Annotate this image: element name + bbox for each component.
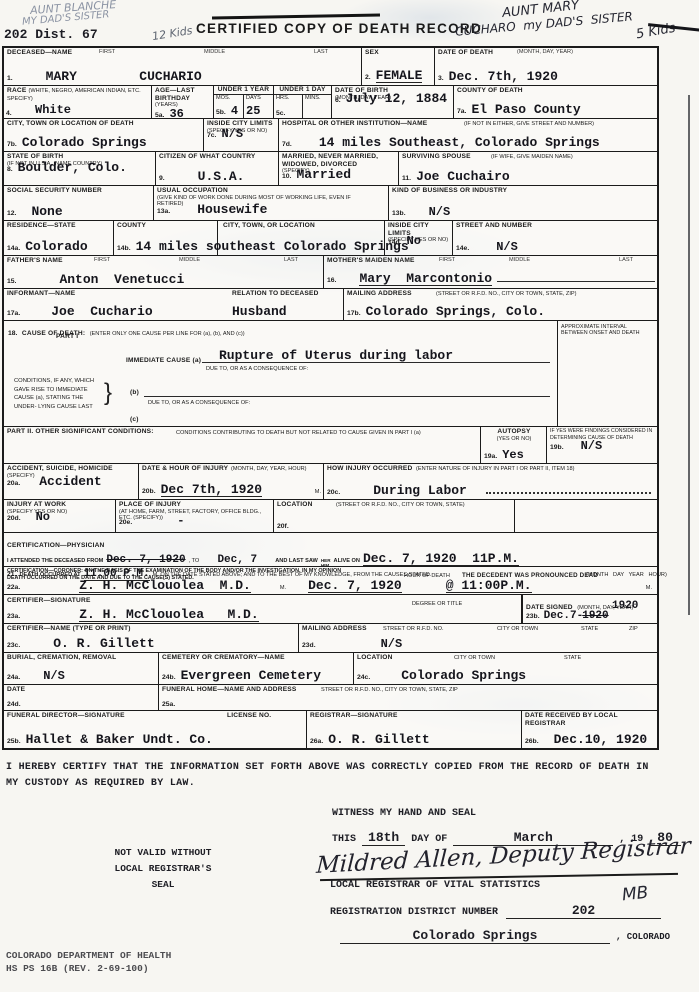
field-label: AGE—LAST BIRTHDAY bbox=[155, 87, 211, 102]
field-value: Dec 7th, 1920 bbox=[161, 483, 262, 497]
death-record-form: DECEASED—NAME FIRST MIDDLE LAST 1.MARY C… bbox=[2, 46, 659, 750]
field-injury-date: DATE & HOUR OF INJURY (MONTH, DAY, YEAR,… bbox=[139, 464, 324, 499]
field-number: 23c. bbox=[7, 642, 20, 649]
field-father-name: FATHER'S NAME FIRST MIDDLE LAST 15.Anton… bbox=[4, 256, 324, 288]
pronounced-dead-hint: (MONTH DAY YEAR HOUR) bbox=[586, 572, 667, 578]
field-funeral-director: FUNERAL DIRECTOR—SIGNATURE 25b.Hallet & … bbox=[4, 711, 214, 748]
subhead-middle: MIDDLE bbox=[204, 49, 225, 55]
date-signed-correction: 1920 bbox=[612, 601, 638, 612]
row-place-of-death: CITY, TOWN OR LOCATION OF DEATH 7b.Color… bbox=[4, 119, 657, 152]
field-value: Mary Marcontonio bbox=[359, 272, 492, 286]
alive-on-label: ALIVE ON bbox=[334, 558, 360, 564]
attended-from-value: Dec. 7, 1920 bbox=[106, 555, 185, 567]
field-certifier-name: CERTIFIER—NAME (TYPE OR PRINT) 23c.O. R.… bbox=[4, 624, 299, 652]
place-value: Colorado Springs bbox=[340, 928, 610, 944]
field-label: RELATION TO DECEASED bbox=[232, 290, 341, 298]
field-industry: KIND OF BUSINESS OR INDUSTRY 13b.N/S bbox=[389, 186, 657, 220]
field-number: 20e. bbox=[119, 519, 132, 526]
field-value: None bbox=[31, 205, 62, 218]
meridiem-label: M. bbox=[646, 585, 652, 591]
district-line: REGISTRATION DISTRICT NUMBER 202 bbox=[330, 903, 661, 919]
district-number-stamp: 202 Dist. 67 bbox=[4, 27, 98, 42]
field-other-conditions: PART II. OTHER SIGNIFICANT CONDITIONS: C… bbox=[4, 427, 481, 463]
field-under-one-year: UNDER 1 YEAR MOS. 5b.4 DAYS 25 bbox=[214, 86, 274, 118]
field-label: FATHER'S NAME bbox=[7, 257, 321, 265]
subhead-hours: HRS. bbox=[276, 95, 300, 101]
handwritten-note-12-kids: 12 Kids bbox=[151, 24, 193, 43]
field-label: SEX bbox=[365, 49, 432, 57]
field-number: 19a. bbox=[484, 453, 497, 460]
scan-edge-line bbox=[688, 95, 690, 615]
not-valid-line2: LOCAL REGISTRAR'S bbox=[78, 861, 248, 877]
certifier-signature-label: CERTIFIER—SIGNATURE bbox=[7, 597, 91, 605]
field-value: Colorado Springs bbox=[401, 669, 526, 682]
meridiem-label: M. bbox=[315, 489, 321, 495]
field-value: Evergreen Cemetery bbox=[181, 669, 321, 682]
subhead-state: STATE bbox=[564, 655, 581, 661]
field-mother-name: MOTHER'S MAIDEN NAME FIRST MIDDLE LAST 1… bbox=[324, 256, 657, 288]
this-label: THIS bbox=[332, 834, 356, 845]
field-label: STREET AND NUMBER bbox=[456, 222, 655, 230]
field-date-of-birth: DATE OF BIRTH (MONTH, DAY, YEAR) 6.July … bbox=[332, 86, 454, 118]
date-signed-value-line: 23b. Dec.7-1920 bbox=[526, 611, 609, 622]
line-b-label: (b) bbox=[130, 389, 139, 397]
field-hint: CONDITIONS CONTRIBUTING TO DEATH BUT NOT… bbox=[176, 430, 466, 436]
coroner-name-value: Z. H. McClouolea M.D. bbox=[79, 579, 251, 593]
subhead-days: DAYS bbox=[246, 95, 271, 101]
field-number: 20d. bbox=[7, 515, 21, 522]
field-number: 13b. bbox=[392, 210, 406, 217]
field-value: 14 miles Southeast, Colorado Springs bbox=[319, 136, 600, 149]
interval-column: APPROXIMATE INTERVAL BETWEEN ONSET AND D… bbox=[557, 321, 657, 426]
field-value: N/S bbox=[221, 128, 243, 140]
field-value: 25 bbox=[246, 105, 260, 117]
field-label: AUTOPSY bbox=[484, 428, 544, 436]
empty-cell bbox=[515, 500, 657, 532]
row-certifier-name: CERTIFIER—NAME (TYPE OR PRINT) 23c.O. R.… bbox=[4, 624, 657, 653]
alive-on-value: Dec. 7, 1920 11P.M. bbox=[363, 552, 519, 566]
field-value: July 12, 1884 bbox=[346, 92, 447, 105]
field-injury-at-work: INJURY AT WORK (SPECIFY YES OR NO) 20d.N… bbox=[4, 500, 116, 532]
death-certificate-page: AUNT BLANCHE MY DAD'S SISTER 202 Dist. 6… bbox=[0, 0, 699, 992]
subhead-state: STATE bbox=[581, 626, 598, 632]
field-number: 5c. bbox=[276, 110, 285, 117]
page-title: CERTIFIED COPY OF DEATH RECORD bbox=[196, 21, 482, 36]
field-number: 20a. bbox=[7, 480, 20, 487]
place-line: Colorado Springs , COLORADO bbox=[340, 928, 670, 944]
pronounced-date-value: Dec. 7, 1920 bbox=[308, 579, 402, 593]
field-number: 24b. bbox=[162, 674, 176, 681]
certify-statement-line2: MY CUSTODY AS REQUIRED BY LAW. bbox=[6, 778, 195, 789]
field-value: - bbox=[177, 515, 184, 527]
divider bbox=[521, 595, 523, 623]
field-burial-type: BURIAL, CREMATION, REMOVAL 24a.N/S bbox=[4, 653, 159, 684]
field-number: 20f. bbox=[277, 523, 289, 530]
department-label: COLORADO DEPARTMENT OF HEALTH bbox=[6, 950, 171, 961]
field-value: Boulder, Colo. bbox=[18, 161, 127, 174]
field-sex: SEX 2.FEMALE bbox=[362, 48, 435, 85]
field-value: MARY CUCHARIO bbox=[46, 70, 202, 83]
certifier-signature-value: Z. H. McClouolea M.D. bbox=[79, 608, 258, 622]
field-number: 23d. bbox=[302, 642, 316, 649]
field-label: INJURY AT WORK bbox=[7, 501, 113, 509]
field-number: 14e. bbox=[456, 245, 469, 252]
field-label: BURIAL, CREMATION, REMOVAL bbox=[7, 654, 156, 662]
field-value: N/S bbox=[43, 670, 65, 682]
field-race: RACE (WHITE, NEGRO, AMERICAN INDIAN, ETC… bbox=[4, 86, 152, 118]
field-value: Housewife bbox=[197, 203, 267, 216]
field-hint: STREET OR R.F.D. NO. bbox=[383, 626, 444, 632]
field-hint: (STREET OR R.F.D. NO., CITY OR TOWN, STA… bbox=[336, 502, 465, 508]
subhead-last: LAST bbox=[284, 257, 298, 263]
row-ssn-occupation: SOCIAL SECURITY NUMBER 12.None USUAL OCC… bbox=[4, 186, 657, 221]
field-age: AGE—LAST BIRTHDAY (YEARS) 5a.36 bbox=[152, 86, 214, 118]
district-value: 202 bbox=[506, 903, 661, 919]
field-number: 4. bbox=[6, 110, 12, 117]
field-hint: (MONTH, DAY, YEAR) bbox=[517, 49, 637, 55]
interval-header: APPROXIMATE INTERVAL BETWEEN ONSET AND D… bbox=[558, 321, 657, 339]
meridiem-label: M. bbox=[280, 585, 286, 591]
dotted-fill-line bbox=[486, 492, 651, 494]
field-hint: (WHITE, NEGRO, AMERICAN INDIAN, ETC. SPE… bbox=[7, 88, 141, 102]
field-funeral-home: FUNERAL HOME—NAME AND ADDRESS STREET OR … bbox=[159, 685, 657, 710]
field-label: CITY, TOWN, OR LOCATION bbox=[223, 222, 382, 230]
subhead-minutes: MINS. bbox=[305, 95, 329, 101]
field-value: N/S bbox=[429, 206, 451, 218]
field-number: 2. bbox=[365, 74, 371, 81]
field-value: Married bbox=[296, 168, 351, 181]
field-number: 26a. bbox=[310, 738, 323, 745]
field-label: LICENSE NO. bbox=[227, 712, 304, 720]
field-value: Colorado bbox=[25, 240, 87, 253]
field-number: 3. bbox=[438, 75, 444, 82]
not-valid-line1: NOT VALID WITHOUT bbox=[78, 845, 248, 861]
field-number: 17b. bbox=[347, 310, 361, 317]
field-number: 25b. bbox=[7, 738, 21, 745]
field-number: 19b. bbox=[550, 444, 564, 451]
row-injury-place: INJURY AT WORK (SPECIFY YES OR NO) 20d.N… bbox=[4, 500, 657, 533]
row-deceased: DECEASED—NAME FIRST MIDDLE LAST 1.MARY C… bbox=[4, 48, 657, 86]
attended-prefix: I ATTENDED THE DECEASED FROM bbox=[7, 558, 103, 564]
form-number-label: HS PS 16B (REV. 2-69-100) bbox=[6, 963, 149, 974]
handwritten-initials: MB bbox=[621, 883, 649, 906]
field-value: Dec.10, 1920 bbox=[554, 733, 648, 746]
local-registrar-label: LOCAL REGISTRAR OF VITAL STATISTICS bbox=[330, 880, 540, 891]
field-label: ACCIDENT, SUICIDE, HOMICIDE bbox=[7, 465, 136, 473]
header-rule bbox=[212, 14, 380, 20]
field-value: Joe Cuchario bbox=[51, 305, 152, 318]
field-label: CEMETERY OR CREMATORY—NAME bbox=[162, 654, 351, 662]
coroner-signature-line: 22a. Z. H. McClouolea M.D. M. Dec. 7, 19… bbox=[7, 579, 652, 593]
field-number: 7a. bbox=[457, 108, 466, 115]
field-certifier-mailing: MAILING ADDRESS STREET OR R.F.D. NO. CIT… bbox=[299, 624, 657, 652]
degree-title-label: DEGREE OR TITLE bbox=[412, 601, 462, 607]
field-number: 23b. bbox=[526, 613, 540, 620]
field-value: O. R. Gillett bbox=[328, 733, 429, 746]
field-place-of-injury: PLACE OF INJURY (AT HOME, FARM, STREET, … bbox=[116, 500, 274, 532]
part1-label: PART I bbox=[56, 333, 78, 341]
due-to-label-b: DUE TO, OR AS A CONSEQUENCE OF: bbox=[148, 400, 250, 406]
field-label: CITIZEN OF WHAT COUNTRY bbox=[159, 153, 276, 161]
field-manner-of-death: ACCIDENT, SUICIDE, HOMICIDE (SPECIFY) 20… bbox=[4, 464, 139, 499]
row-birth-citizen: STATE OF BIRTH (IF NOT IN U.S.A., NAME C… bbox=[4, 152, 657, 186]
row-funeral-director: FUNERAL DIRECTOR—SIGNATURE 25b.Hallet & … bbox=[4, 711, 657, 748]
field-label: DECEASED—NAME bbox=[7, 49, 359, 57]
field-marital-status: MARRIED, NEVER MARRIED, WIDOWED, DIVORCE… bbox=[279, 152, 399, 185]
row-informant: INFORMANT—NAME 17a.Joe Cuchario RELATION… bbox=[4, 289, 657, 321]
field-hospital: HOSPITAL OR OTHER INSTITUTION—NAME (IF N… bbox=[279, 119, 657, 151]
field-value: No bbox=[36, 511, 50, 523]
line-c-label: (c) bbox=[130, 416, 139, 424]
field-hint: STREET OR R.F.D. NO., CITY OR TOWN, STAT… bbox=[321, 687, 458, 693]
district-label: REGISTRATION DISTRICT NUMBER bbox=[330, 907, 498, 918]
field-number: 9. bbox=[159, 175, 165, 182]
field-label: COUNTY OF DEATH bbox=[457, 87, 655, 95]
field-label: UNDER 1 YEAR bbox=[214, 86, 273, 95]
field-license-no: LICENSE NO. bbox=[214, 711, 307, 748]
field-number: 17a. bbox=[7, 310, 20, 317]
fill-line-b bbox=[144, 383, 550, 397]
field-label: PLACE OF INJURY bbox=[119, 501, 271, 509]
field-label: MAILING ADDRESS bbox=[302, 625, 655, 633]
field-value: N/S bbox=[496, 241, 518, 253]
field-number: 26b. bbox=[525, 738, 539, 745]
field-label: SOCIAL SECURITY NUMBER bbox=[7, 187, 151, 195]
field-value: N/S bbox=[581, 440, 603, 452]
field-surviving-spouse: SURVIVING SPOUSE (IF WIFE, GIVE MAIDEN N… bbox=[399, 152, 657, 185]
field-burial-date: DATE 24d. bbox=[4, 685, 159, 710]
field-label: FUNERAL DIRECTOR—SIGNATURE bbox=[7, 712, 212, 720]
certifier-signature-value-line: 23a. Z. H. McClouolea M.D. bbox=[7, 608, 259, 622]
field-number: 7d. bbox=[282, 141, 292, 148]
brace-glyph: } bbox=[104, 379, 112, 407]
subhead-last: LAST bbox=[314, 49, 328, 55]
state-label: , COLORADO bbox=[616, 932, 670, 942]
day-of-label: DAY OF bbox=[411, 834, 447, 845]
row-certifier-signature: CERTIFIER—SIGNATURE DEGREE OR TITLE DATE… bbox=[4, 595, 657, 624]
field-residence-street: STREET AND NUMBER 14e.N/S bbox=[453, 221, 657, 255]
field-under-one-day: UNDER 1 DAY HRS. 5c. MINS. bbox=[274, 86, 332, 118]
field-city-of-death: CITY, TOWN OR LOCATION OF DEATH 7b.Color… bbox=[4, 119, 204, 151]
field-inside-city-limits: INSIDE CITY LIMITS (SPECIFY YES OR NO) 7… bbox=[204, 119, 279, 151]
field-value: Hallet & Baker Undt. Co. bbox=[26, 733, 213, 746]
field-deceased-name: DECEASED—NAME FIRST MIDDLE LAST 1.MARY C… bbox=[4, 48, 362, 85]
field-injury-location: LOCATION (STREET OR R.F.D. NO., CITY OR … bbox=[274, 500, 515, 532]
field-hint: (ENTER NATURE OF INJURY IN PART I OR PAR… bbox=[416, 466, 575, 472]
not-valid-line3: SEAL bbox=[78, 877, 248, 893]
field-value: U.S.A. bbox=[198, 170, 245, 183]
field-value: O. R. Gillett bbox=[53, 637, 154, 650]
field-label: UNDER 1 DAY bbox=[274, 86, 331, 95]
subhead-first: FIRST bbox=[99, 49, 115, 55]
field-date-received: DATE RECEIVED BY LOCAL REGISTRAR 26b.Dec… bbox=[522, 711, 657, 748]
field-label: DATE RECEIVED BY LOCAL REGISTRAR bbox=[525, 712, 655, 727]
field-value: Joe Cuchairo bbox=[416, 170, 510, 183]
not-valid-notice: NOT VALID WITHOUT LOCAL REGISTRAR'S SEAL bbox=[78, 845, 248, 893]
field-number: 14a. bbox=[7, 245, 20, 252]
field-relation: RELATION TO DECEASED Husband bbox=[229, 289, 344, 320]
pronounced-time-value: @ 11:00P.M. bbox=[446, 579, 532, 593]
field-hint: (ENTER ONLY ONE CAUSE PER LINE FOR (a), … bbox=[90, 331, 245, 337]
section-cause-of-death: APPROXIMATE INTERVAL BETWEEN ONSET AND D… bbox=[4, 321, 657, 427]
field-value: Husband bbox=[232, 305, 287, 318]
field-number: 18. bbox=[8, 330, 17, 337]
field-value: El Paso County bbox=[471, 103, 580, 116]
field-number: 24d. bbox=[7, 701, 21, 708]
attended-to-value: Dec, 7 bbox=[202, 555, 272, 567]
row-accident: ACCIDENT, SUICIDE, HOMICIDE (SPECIFY) 20… bbox=[4, 464, 657, 500]
field-value: Dec. 7th, 1920 bbox=[449, 70, 558, 83]
field-occupation: USUAL OCCUPATION (GIVE KIND OF WORK DONE… bbox=[154, 186, 389, 220]
field-citizen-country: CITIZEN OF WHAT COUNTRY 9.U.S.A. bbox=[156, 152, 279, 185]
field-number: 22a. bbox=[7, 584, 20, 591]
cause-header: 18. CAUSE OF DEATH: (ENTER ONLY ONE CAUS… bbox=[8, 322, 245, 340]
day-value: 18th bbox=[362, 830, 405, 846]
field-number: 16. bbox=[327, 277, 336, 284]
field-number: 15. bbox=[7, 278, 16, 285]
immediate-cause-label: IMMEDIATE CAUSE (a) bbox=[126, 357, 201, 365]
witness-line: WITNESS MY HAND AND SEAL bbox=[332, 808, 476, 819]
field-label: LOCATION bbox=[357, 654, 655, 662]
subhead-city: CITY OR TOWN bbox=[497, 626, 538, 632]
row-part2: PART II. OTHER SIGNIFICANT CONDITIONS: C… bbox=[4, 427, 657, 464]
field-value: Colorado Springs, Colo. bbox=[366, 305, 545, 318]
field-autopsy-findings: IF YES WERE FINDINGS CONSIDERED IN DETER… bbox=[547, 427, 657, 463]
last-saw-label: AND LAST SAW bbox=[275, 558, 318, 564]
subhead-last: LAST bbox=[619, 257, 633, 263]
row-burial: BURIAL, CREMATION, REMOVAL 24a.N/S CEMET… bbox=[4, 653, 657, 685]
field-number: 7b. bbox=[7, 141, 17, 148]
field-label: KIND OF BUSINESS OR INDUSTRY bbox=[392, 187, 655, 195]
field-registrar-signature: REGISTRAR—SIGNATURE 26a.O. R. Gillett bbox=[307, 711, 522, 748]
field-date-of-death: DATE OF DEATH (MONTH, DAY, YEAR) 3.Dec. … bbox=[435, 48, 657, 85]
field-number: 14b. bbox=[117, 245, 131, 252]
field-county-of-death: COUNTY OF DEATH 7a.El Paso County bbox=[454, 86, 657, 118]
field-how-injury-occurred: HOW INJURY OCCURRED (ENTER NATURE OF INJ… bbox=[324, 464, 657, 499]
subhead-first: FIRST bbox=[439, 257, 455, 263]
subhead-middle: MIDDLE bbox=[509, 257, 530, 263]
subhead-first: FIRST bbox=[94, 257, 110, 263]
field-value: Colorado Springs bbox=[22, 136, 147, 149]
field-value: N/S bbox=[381, 638, 403, 650]
field-number: 11. bbox=[402, 175, 411, 182]
section-certification-coroner: CERTIFICATION—CORONER: ON THE BASIS OF T… bbox=[4, 567, 657, 595]
field-hint: (IF WIFE, GIVE MAIDEN NAME) bbox=[491, 154, 573, 160]
field-number: 8. bbox=[7, 166, 13, 173]
field-autopsy: AUTOPSY (YES OR NO) 19a.Yes bbox=[481, 427, 547, 463]
date-signed-old-value: 1920 bbox=[582, 611, 608, 622]
fill-line-a bbox=[202, 349, 550, 363]
field-label: MARRIED, NEVER MARRIED, WIDOWED, DIVORCE… bbox=[282, 153, 396, 168]
field-number: 7c. bbox=[207, 132, 216, 139]
field-label: DATE bbox=[7, 686, 156, 694]
field-residence-state: RESIDENCE—STATE 14a.Colorado bbox=[4, 221, 114, 255]
to-label: , TO bbox=[189, 558, 200, 564]
field-label: CERTIFIER—NAME (TYPE OR PRINT) bbox=[7, 625, 296, 633]
field-label: USUAL OCCUPATION bbox=[157, 187, 386, 195]
field-value: Accident bbox=[39, 475, 101, 488]
row-residence: RESIDENCE—STATE 14a.Colorado COUNTY 14b.… bbox=[4, 221, 657, 256]
field-residence-county: COUNTY 14b.14 miles southeast Colorado S… bbox=[114, 221, 217, 255]
row-parents: FATHER'S NAME FIRST MIDDLE LAST 15.Anton… bbox=[4, 256, 657, 289]
field-label: COUNTY bbox=[117, 222, 215, 230]
field-label: REGISTRAR—SIGNATURE bbox=[310, 712, 519, 720]
field-label: MOTHER'S MAIDEN NAME bbox=[327, 257, 655, 265]
section-certification-physician: CERTIFICATION—PHYSICIAN I ATTENDED THE D… bbox=[4, 533, 657, 567]
field-informant-mailing: MAILING ADDRESS (STREET OR R.F.D. NO., C… bbox=[344, 289, 657, 320]
field-number: 12. bbox=[7, 210, 16, 217]
field-number: 5b. bbox=[216, 109, 226, 116]
certification-physician-label: CERTIFICATION—PHYSICIAN bbox=[7, 542, 105, 549]
subhead-city: CITY OR TOWN bbox=[454, 655, 495, 661]
row-funeral-home: DATE 24d. FUNERAL HOME—NAME AND ADDRESS … bbox=[4, 685, 657, 711]
field-number: 1. bbox=[7, 75, 13, 82]
certify-statement-line1: I HEREBY CERTIFY THAT THE INFORMATION SE… bbox=[6, 762, 649, 773]
field-number: 13a. bbox=[157, 208, 170, 215]
field-informant: INFORMANT—NAME 17a.Joe Cuchario bbox=[4, 289, 229, 320]
field-value: White bbox=[35, 104, 71, 116]
field-hint: (MONTH, DAY, YEAR, HOUR) bbox=[231, 466, 307, 472]
due-to-label-a: DUE TO, OR AS A CONSEQUENCE OF: bbox=[206, 366, 308, 372]
field-number: 24a. bbox=[7, 674, 20, 681]
field-value: Anton Venetucci bbox=[59, 273, 184, 286]
field-number: 24c. bbox=[357, 674, 370, 681]
field-number: 20b. bbox=[142, 488, 156, 495]
field-hint: (YES OR NO) bbox=[484, 436, 544, 442]
field-number: 20c. bbox=[327, 489, 340, 496]
field-ssn: SOCIAL SECURITY NUMBER 12.None bbox=[4, 186, 154, 220]
field-number: 6. bbox=[335, 97, 341, 104]
row-race-age: RACE (WHITE, NEGRO, AMERICAN INDIAN, ETC… bbox=[4, 86, 657, 119]
field-label: INFORMANT—NAME bbox=[7, 290, 227, 298]
field-value: 14 miles southeast Colorado Springs bbox=[136, 240, 409, 253]
date-signed-value: Dec.7- bbox=[544, 611, 584, 622]
field-value: Yes bbox=[502, 449, 524, 461]
subhead-middle: MIDDLE bbox=[179, 257, 200, 263]
field-number: 25a. bbox=[162, 701, 175, 708]
conditions-label: CONDITIONS, IF ANY, WHICH GAVE RISE TO I… bbox=[14, 377, 100, 412]
field-label: RESIDENCE—STATE bbox=[7, 222, 111, 230]
field-cemetery-location: LOCATION CITY OR TOWN STATE 24c.Colorado… bbox=[354, 653, 657, 684]
field-hint: (STREET OR R.F.D. NO., CITY OR TOWN, STA… bbox=[436, 291, 576, 297]
field-cemetery: CEMETERY OR CREMATORY—NAME 24b.Evergreen… bbox=[159, 653, 354, 684]
field-value: FEMALE bbox=[376, 69, 423, 83]
field-value: 4 bbox=[231, 105, 238, 117]
field-state-of-birth: STATE OF BIRTH (IF NOT IN U.S.A., NAME C… bbox=[4, 152, 156, 185]
subhead-zip: ZIP bbox=[629, 626, 638, 632]
fill-line bbox=[497, 281, 655, 282]
field-number: 10. bbox=[282, 173, 291, 180]
field-number: 23a. bbox=[7, 613, 20, 620]
field-value: During Labor bbox=[373, 484, 467, 497]
field-hint: (IF NOT IN EITHER, GIVE STREET AND NUMBE… bbox=[464, 121, 594, 127]
field-label: CITY, TOWN OR LOCATION OF DEATH bbox=[7, 120, 201, 128]
subhead-months: MOS. bbox=[216, 95, 241, 101]
